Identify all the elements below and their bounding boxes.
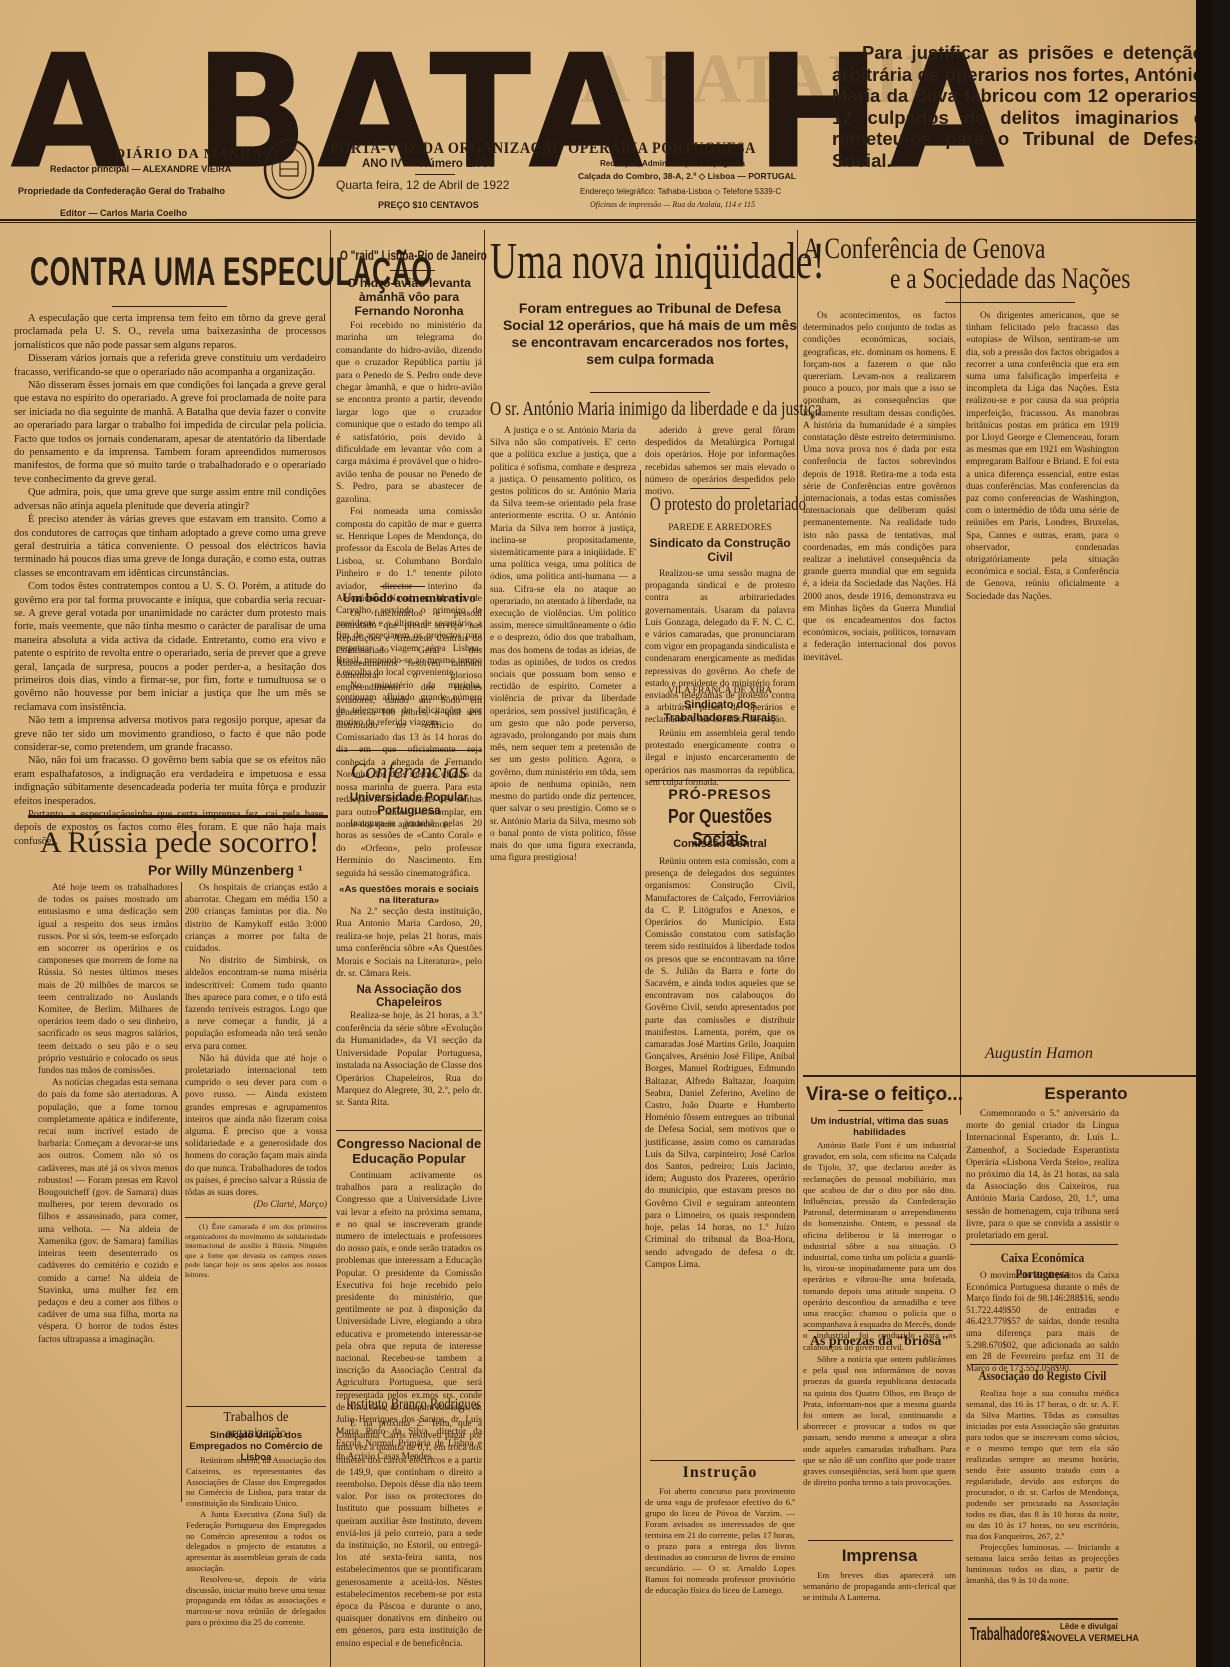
registo-headline: Associação do Registo Civil — [978, 1368, 1107, 1384]
page-edge — [1196, 0, 1213, 1667]
iniquidade-headline: Uma nova iniqüidade! — [490, 232, 825, 291]
masthead-printing: Oficinas de impressão — Rua da Atalaia, … — [590, 199, 755, 210]
masthead-slogan: PORTA-VOZ DA ORGANIZAÇÃO OPERÁRIA PORTUG… — [330, 140, 756, 158]
emblem-seal-icon — [262, 138, 316, 200]
instituto-headline: Instituto Branco Rodrigues — [346, 1396, 481, 1414]
raid-headline: O hidro-avião levanta àmanhã vôo para Fe… — [336, 276, 482, 318]
protesto-subhead-2: Sindicato dos Trabalhadores Rurais — [645, 699, 795, 725]
genova-headline-line1: A Conferência de Genova — [803, 232, 1045, 266]
conferencia-headline: «As questões morais e sociais na literat… — [336, 884, 482, 906]
masthead-editor: Editor — Carlos Maria Coelho — [60, 208, 187, 219]
propresos-kicker: PRÓ-PRESOS — [645, 786, 795, 802]
conferencias-list: Universidade Popular Portuguesa Inaugura… — [336, 792, 482, 1110]
conferencias-title: Conferencias — [336, 758, 482, 784]
iniquidade-subhead: O sr. António Maria inimigo da liberdade… — [490, 398, 822, 421]
masthead-date: Quarta feira, 12 de Abril de 1922 — [336, 178, 509, 192]
genova-headline-line2: e a Sociedade das Nações — [890, 262, 1130, 296]
bodo-headline: Um bôdo comemorativo — [336, 590, 482, 606]
advert-ledе: Lêde e divulgai — [1060, 1622, 1118, 1631]
raid-kicker: O "raid" Lisboa-Rio de Janeiro — [340, 247, 484, 263]
advert-novela-vermelha: A NOVELA VERMELHA — [1040, 1633, 1139, 1643]
conferencia-headline: Universidade Popular Portuguesa — [336, 792, 482, 818]
masthead-redactor: Redactor principal — ALEXANDRE VIEIRA — [50, 164, 231, 175]
lead-box-text: Para justificar as prisões e detenção ar… — [832, 42, 1204, 171]
russia-col2: Os hospitais de crianças estão a abarrot… — [185, 882, 327, 1279]
esperanto-headline: Esperanto — [966, 1084, 1206, 1104]
protesto-subhead: Sindicato da Construção Civil — [645, 536, 795, 564]
instrucao-headline: Instrução — [645, 1464, 795, 1482]
propresos-body: Reüniu ontem esta comissão, com a presen… — [645, 856, 795, 1271]
genova-signature: Augustin Hamon — [985, 1045, 1093, 1063]
masthead-subtitle: DIÁRIO DA MANHÃ — [115, 147, 263, 163]
imprensa-body: Em breves dias aparecerá um semanário de… — [803, 1570, 956, 1604]
virase-body: António Batle Font é um industrial grava… — [803, 1140, 956, 1353]
virase-headline: Vira-se o feitiço... — [806, 1084, 963, 1106]
esperanto-body: Comemorando o 5.º aniversário da morte d… — [966, 1108, 1119, 1242]
registo-body: Realiza hoje a sua consulta médica seman… — [966, 1388, 1119, 1586]
masthead-admin: Redacção, Administração e Tipografia — [600, 158, 745, 169]
masthead-address: Calçada do Combro, 38-A, 2.º ◇ Lisboa — … — [578, 171, 796, 182]
conferencia-headline: Na Associação dos Chapeleiros — [336, 984, 482, 1010]
caixa-body: O movimento de depósitos da Caixa Económ… — [966, 1270, 1119, 1374]
protesto-kicker: PAREDE E ARREDORES — [645, 522, 795, 533]
instituto-body: E' na próxima 2.ª feira, que a Companhia… — [336, 1418, 482, 1650]
masthead-price: PREÇO $10 CENTAVOS — [378, 200, 479, 211]
masthead-issue: ANO IV — Número 1.039 — [362, 158, 495, 170]
masthead-telegraph: Endereço telegráfico: Talhaba-Lisboa ◇ T… — [580, 186, 781, 197]
congresso-headline: Congresso Nacional de Educação Popular — [336, 1136, 482, 1166]
russia-headline: A Rússia pede socorro! — [40, 826, 319, 860]
briosa-headline: As proezas da "briosa" — [803, 1334, 956, 1350]
propresos-subhead: Comissão Central — [645, 838, 795, 850]
genova-col1: Os acontecimentos, os factos determinado… — [803, 310, 956, 664]
instrucao-body: Foi aberto concurso para provimento de u… — [645, 1486, 795, 1596]
advert-trabalhadores: Trabalhadores: — [970, 1624, 1050, 1645]
especulacao-body: A especulação que certa imprensa tem fei… — [14, 312, 326, 848]
protesto-headline: O protesto do proletariado — [650, 494, 806, 516]
virase-subhead: Um industrial, vítima das suas habilidad… — [803, 1116, 956, 1138]
briosa-body: Sôbre a notícia que ontem publicámos e p… — [803, 1354, 956, 1488]
newspaper-page: A BATALHA A BATALHA DIÁRIO DA MANHÃ Reda… — [0, 0, 1213, 1667]
iniquidade-col1: A justiça e o sr. António Maria da Silva… — [490, 425, 636, 864]
protesto-kicker-2: VILA FRANCA DE XIRA — [645, 685, 795, 696]
russia-byline: Por Willy Münzenberg ¹ — [148, 862, 303, 878]
genova-col2: Os dirigentes americanos, que se tinham … — [966, 310, 1119, 603]
russia-col1: Até hoje teem os trabalhadores de todos … — [38, 882, 178, 1346]
iniquidade-deck: Foram entregues ao Tribunal de Defesa So… — [500, 300, 800, 368]
masthead-propriedade: Propriedade da Confederação Geral do Tra… — [18, 186, 225, 197]
imprensa-headline: Imprensa — [803, 1546, 956, 1566]
trabalhos-body: Reüniram ontem, na Associação dos Caixei… — [186, 1455, 326, 1628]
